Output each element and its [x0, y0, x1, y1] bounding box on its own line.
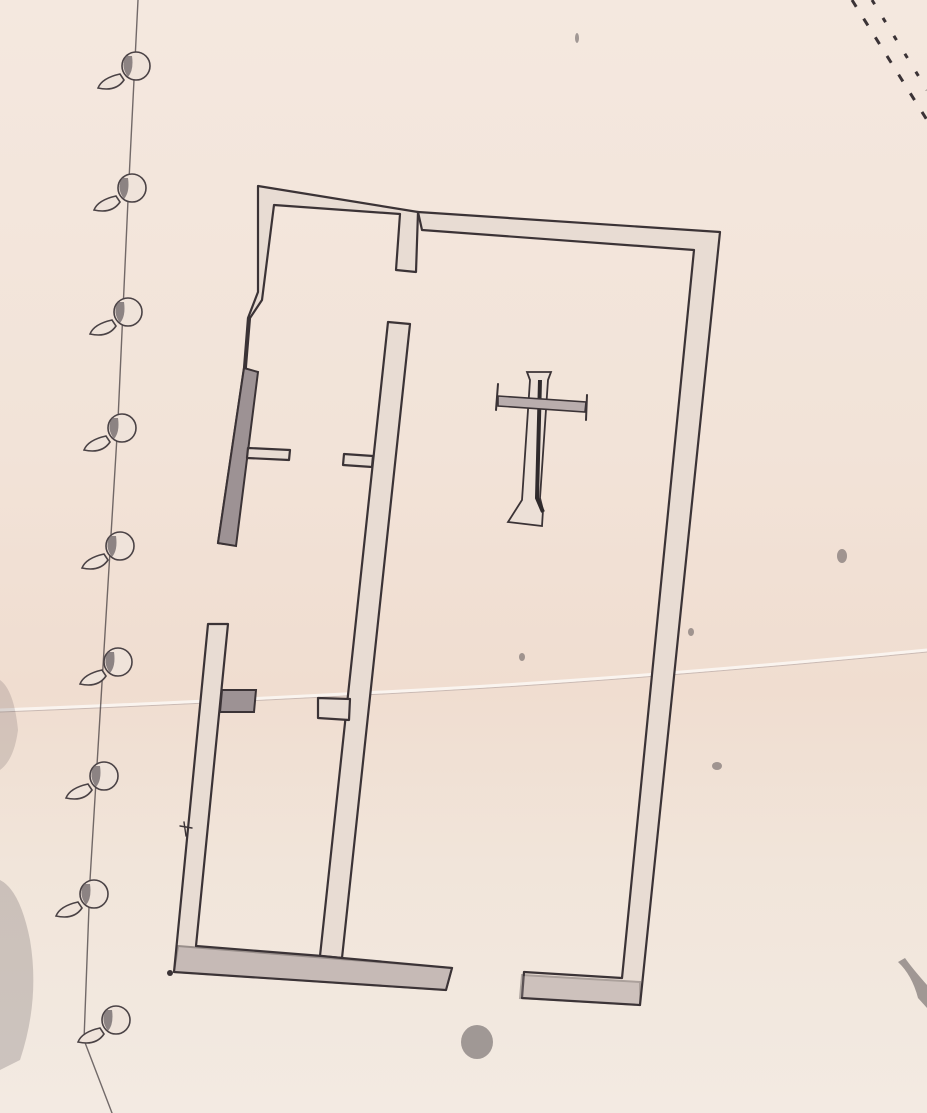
tree-icon [78, 1006, 130, 1043]
interior-partition-wall [320, 322, 410, 958]
partition-stub-upper [343, 454, 373, 467]
floor-plan-drawing [0, 0, 927, 1113]
tree-icon [84, 414, 136, 451]
tree-icon [80, 648, 132, 685]
building [167, 186, 720, 1005]
floor-plan-sheet [0, 0, 927, 1113]
west-wall-stub [247, 448, 290, 460]
tree-icon [98, 52, 150, 89]
tree-row [56, 52, 150, 1043]
tree-icon [90, 298, 142, 335]
dotted-path [852, 0, 927, 120]
west-wall-jamb-shaded [220, 690, 256, 712]
south-wall-shading [174, 946, 452, 990]
tree-icon [66, 762, 118, 799]
cross-icon [496, 372, 587, 526]
south-west-wall [174, 624, 452, 990]
partition-jamb [318, 698, 350, 720]
tree-icon [94, 174, 146, 211]
tree-icon [56, 880, 108, 917]
corner-dot [167, 970, 173, 976]
tree-icon [82, 532, 134, 569]
north-east-wall [418, 212, 720, 1005]
